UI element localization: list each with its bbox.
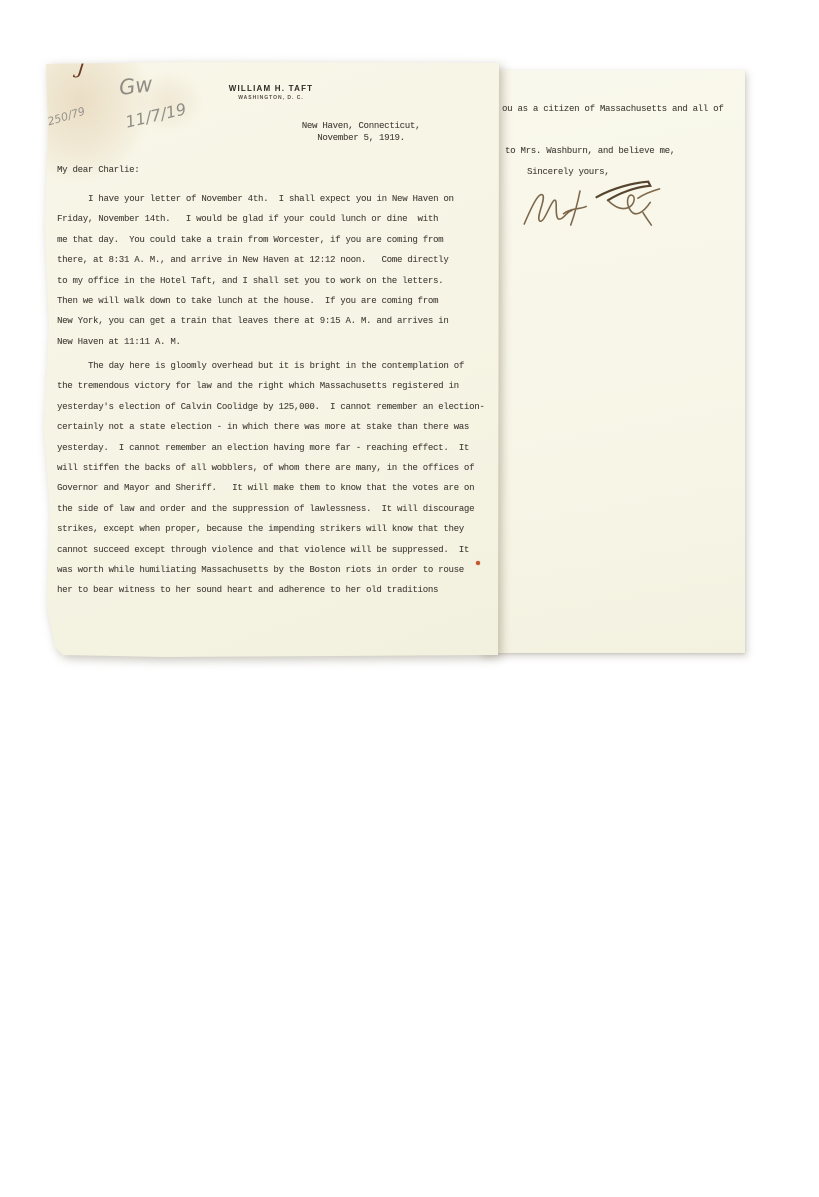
letter-line: yesterday's election of Calvin Coolidge … (57, 397, 493, 417)
letter-line: strikes, except when proper, because the… (57, 519, 493, 539)
taft-signature (518, 178, 673, 236)
letter-line: the tremendous victory for law and the r… (57, 376, 493, 396)
letter-line: to my office in the Hotel Taft, and I sh… (57, 271, 493, 291)
letter-line: will stiffen the backs of all wobblers, … (57, 458, 493, 478)
letterhead-name: WILLIAM H. TAFT (43, 84, 499, 93)
letter-line: Then we will walk down to take lunch at … (57, 291, 493, 311)
scanned-letter-canvas: ou as a citizen of Massachusetts and all… (0, 0, 819, 1197)
letter-paper: J Gw 11/7/19 250/79 WILLIAM H. TAFT WASH… (43, 62, 499, 657)
letter-line: New Haven at 11:11 A. M. (57, 332, 493, 352)
letter-line: I have your letter of November 4th. I sh… (57, 189, 493, 209)
letter-line: cannot succeed except through violence a… (57, 540, 493, 560)
letter-page-1: J Gw 11/7/19 250/79 WILLIAM H. TAFT WASH… (43, 62, 499, 657)
paragraph-1: I have your letter of November 4th. I sh… (57, 189, 493, 352)
page2-fragment-line: ou as a citizen of Massachusetts and all… (502, 104, 724, 114)
salutation: My dear Charlie: (57, 165, 139, 175)
letter-line: was worth while humiliating Massachusett… (57, 560, 493, 580)
red-ink-dot (476, 561, 480, 565)
letter-page-2: ou as a citizen of Massachusetts and all… (480, 70, 745, 653)
dateline-date: November 5, 1919. (291, 132, 431, 144)
dateline-place: New Haven, Connecticut, (291, 120, 431, 132)
letter-line: the side of law and order and the suppre… (57, 499, 493, 519)
letterhead: WILLIAM H. TAFT WASHINGTON, D. C. (43, 84, 499, 101)
letter-line: there, at 8:31 A. M., and arrive in New … (57, 250, 493, 270)
letter-line: me that day. You could take a train from… (57, 230, 493, 250)
dateline: New Haven, Connecticut, November 5, 1919… (291, 120, 431, 145)
paragraph-2: The day here is gloomly overhead but it … (57, 356, 493, 601)
letter-line: Governor and Mayor and Sheriff. It will … (57, 478, 493, 498)
letter-line: Friday, November 14th. I would be glad i… (57, 209, 493, 229)
letter-line: yesterday. I cannot remember an election… (57, 438, 493, 458)
page2-regards-line: to Mrs. Washburn, and believe me, (505, 146, 675, 156)
letter-line: New York, you can get a train that leave… (57, 311, 493, 331)
letter-line: her to bear witness to her sound heart a… (57, 580, 493, 600)
page2-closing-line: Sincerely yours, (527, 167, 609, 177)
letter-line: The day here is gloomly overhead but it … (57, 356, 493, 376)
letterhead-location: WASHINGTON, D. C. (43, 95, 499, 101)
letter-line: certainly not a state election - in whic… (57, 417, 493, 437)
